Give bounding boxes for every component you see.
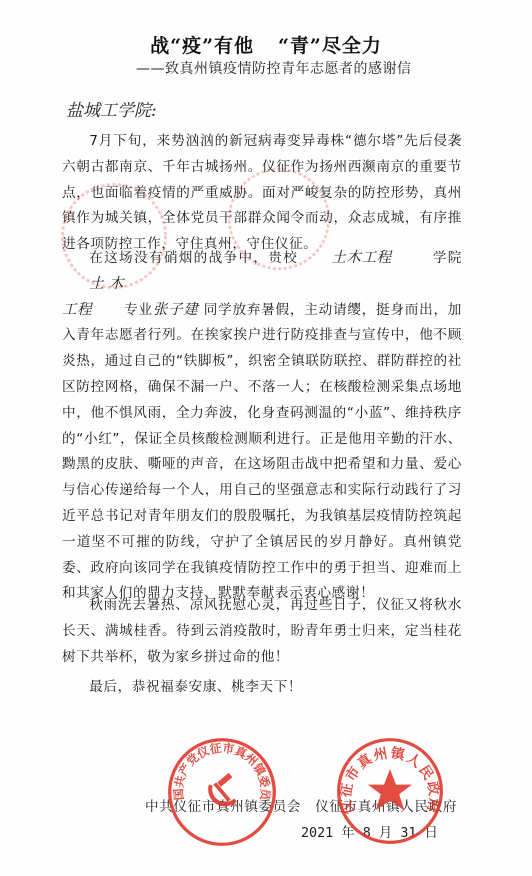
- major-label: 专业: [124, 302, 153, 318]
- paragraph-1: 7月下旬，来势汹汹的新冠病毒变异毒株“德尔塔”先后侵袭六朝古都南京、千年古城扬州…: [62, 129, 462, 258]
- party-committee-signature: 中共仪征市真州镇委员会: [145, 799, 301, 815]
- title-part-2: “青”尽全力: [278, 35, 382, 57]
- svg-text:中国共产党仪征市真州镇委员会: 中国共产党仪征市真州镇委员会: [166, 736, 272, 802]
- letter-date: 2021 年 8 月 31 日: [301, 822, 438, 841]
- handwritten-student-name: 张子建: [153, 302, 199, 318]
- handwritten-major: 土木工程: [62, 272, 124, 324]
- party-committee-stamp: 中国共产党仪征市真州镇委员会: [166, 736, 278, 848]
- letter-page: 战“疫”有他“青”尽全力 ——致真州镇疫情防控青年志愿者的感谢信 盐城工学院: …: [0, 0, 532, 876]
- paragraph-3: 秋雨洗去暑热、凉风抚慰心灵，再过些日子，仪征又将秋水长天、满城桂香。待到云消疫散…: [62, 593, 462, 670]
- signature-line: 中共仪征市真州镇委员会仪征市真州镇人民政府: [145, 795, 457, 815]
- paragraph-4: 最后，恭祝福泰安康、桃李天下！: [62, 675, 462, 701]
- paragraph-2-body: 同学放弃暑假，主动请缨，挺身而出，加入青年志愿者行列。在挨家挨户进行防疫排查与宣…: [62, 302, 462, 602]
- handwritten-school: 土木工程: [298, 246, 396, 272]
- paragraph-2-prefix: 在这场没有硝烟的战争中，贵校: [89, 250, 298, 266]
- title-part-1: 战“疫”有他: [150, 35, 254, 57]
- college-label: 学院: [432, 250, 462, 266]
- letter-title: 战“疫”有他“青”尽全力: [0, 31, 532, 58]
- government-signature: 仪征市真州镇人民政府: [315, 799, 457, 815]
- letter-subtitle: ——致真州镇疫情防控青年志愿者的感谢信: [136, 58, 412, 78]
- paragraph-2: 在这场没有硝烟的战争中，贵校土木工程学院 土木工程专业张子建 同学放弃暑假，主动…: [62, 246, 462, 607]
- salutation-handwritten: 盐城工学院:: [66, 96, 157, 121]
